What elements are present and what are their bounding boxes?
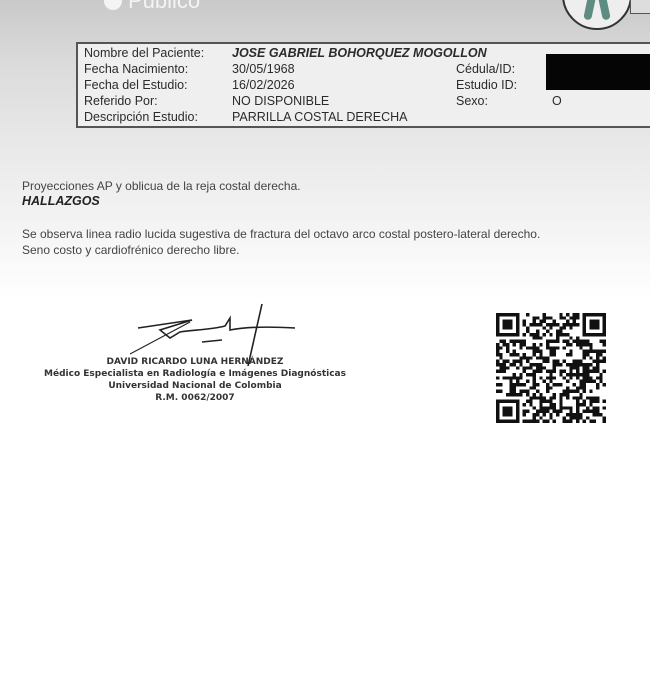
findings-line-2: Seno costo y cardiofrénico derecho libre… xyxy=(22,243,239,257)
field-label: Nombre del Paciente: xyxy=(84,46,204,60)
doctor-university: Universidad Nacional de Colombia xyxy=(0,380,390,392)
field-label: Referido Por: xyxy=(84,94,158,108)
doctor-name: DAVID RICARDO LUNA HERNÁNDEZ xyxy=(0,356,390,368)
clinic-logo-icon xyxy=(562,0,632,30)
study-description-value: PARRILLA COSTAL DERECHA xyxy=(232,110,408,124)
logo-label-box xyxy=(630,0,650,14)
visibility-label: Público xyxy=(128,0,200,14)
findings-title: HALLAZGOS xyxy=(22,194,100,208)
globe-icon xyxy=(104,0,122,10)
patient-info-box: Nombre del Paciente: JOSE GABRIEL BOHORQ… xyxy=(76,42,650,128)
field-label: Fecha Nacimiento: xyxy=(84,62,188,76)
referred-value: NO DISPONIBLE xyxy=(232,94,329,108)
patient-name: JOSE GABRIEL BOHORQUEZ MOGOLLON xyxy=(232,46,487,60)
projections-text: Proyecciones AP y oblicua de la reja cos… xyxy=(22,179,301,193)
field-label: Descripción Estudio: xyxy=(84,110,198,124)
birthdate-value: 30/05/1968 xyxy=(232,62,295,76)
study-date-value: 16/02/2026 xyxy=(232,78,295,92)
visibility-indicator: Público xyxy=(104,0,200,14)
sex-label: Sexo: xyxy=(456,94,488,108)
field-label: Fecha del Estudio: xyxy=(84,78,188,92)
findings-line-1: Se observa linea radio lucida sugestiva … xyxy=(22,227,540,241)
doctor-title: Médico Especialista en Radiología e Imág… xyxy=(0,368,390,380)
doctor-registration: R.M. 0062/2007 xyxy=(0,392,390,404)
study-id-label: Estudio ID: xyxy=(456,78,517,92)
id-label: Cédula/ID: xyxy=(456,62,515,76)
qr-code-icon[interactable] xyxy=(496,313,606,423)
sex-value: O xyxy=(552,94,562,108)
redaction-bar xyxy=(546,54,650,90)
